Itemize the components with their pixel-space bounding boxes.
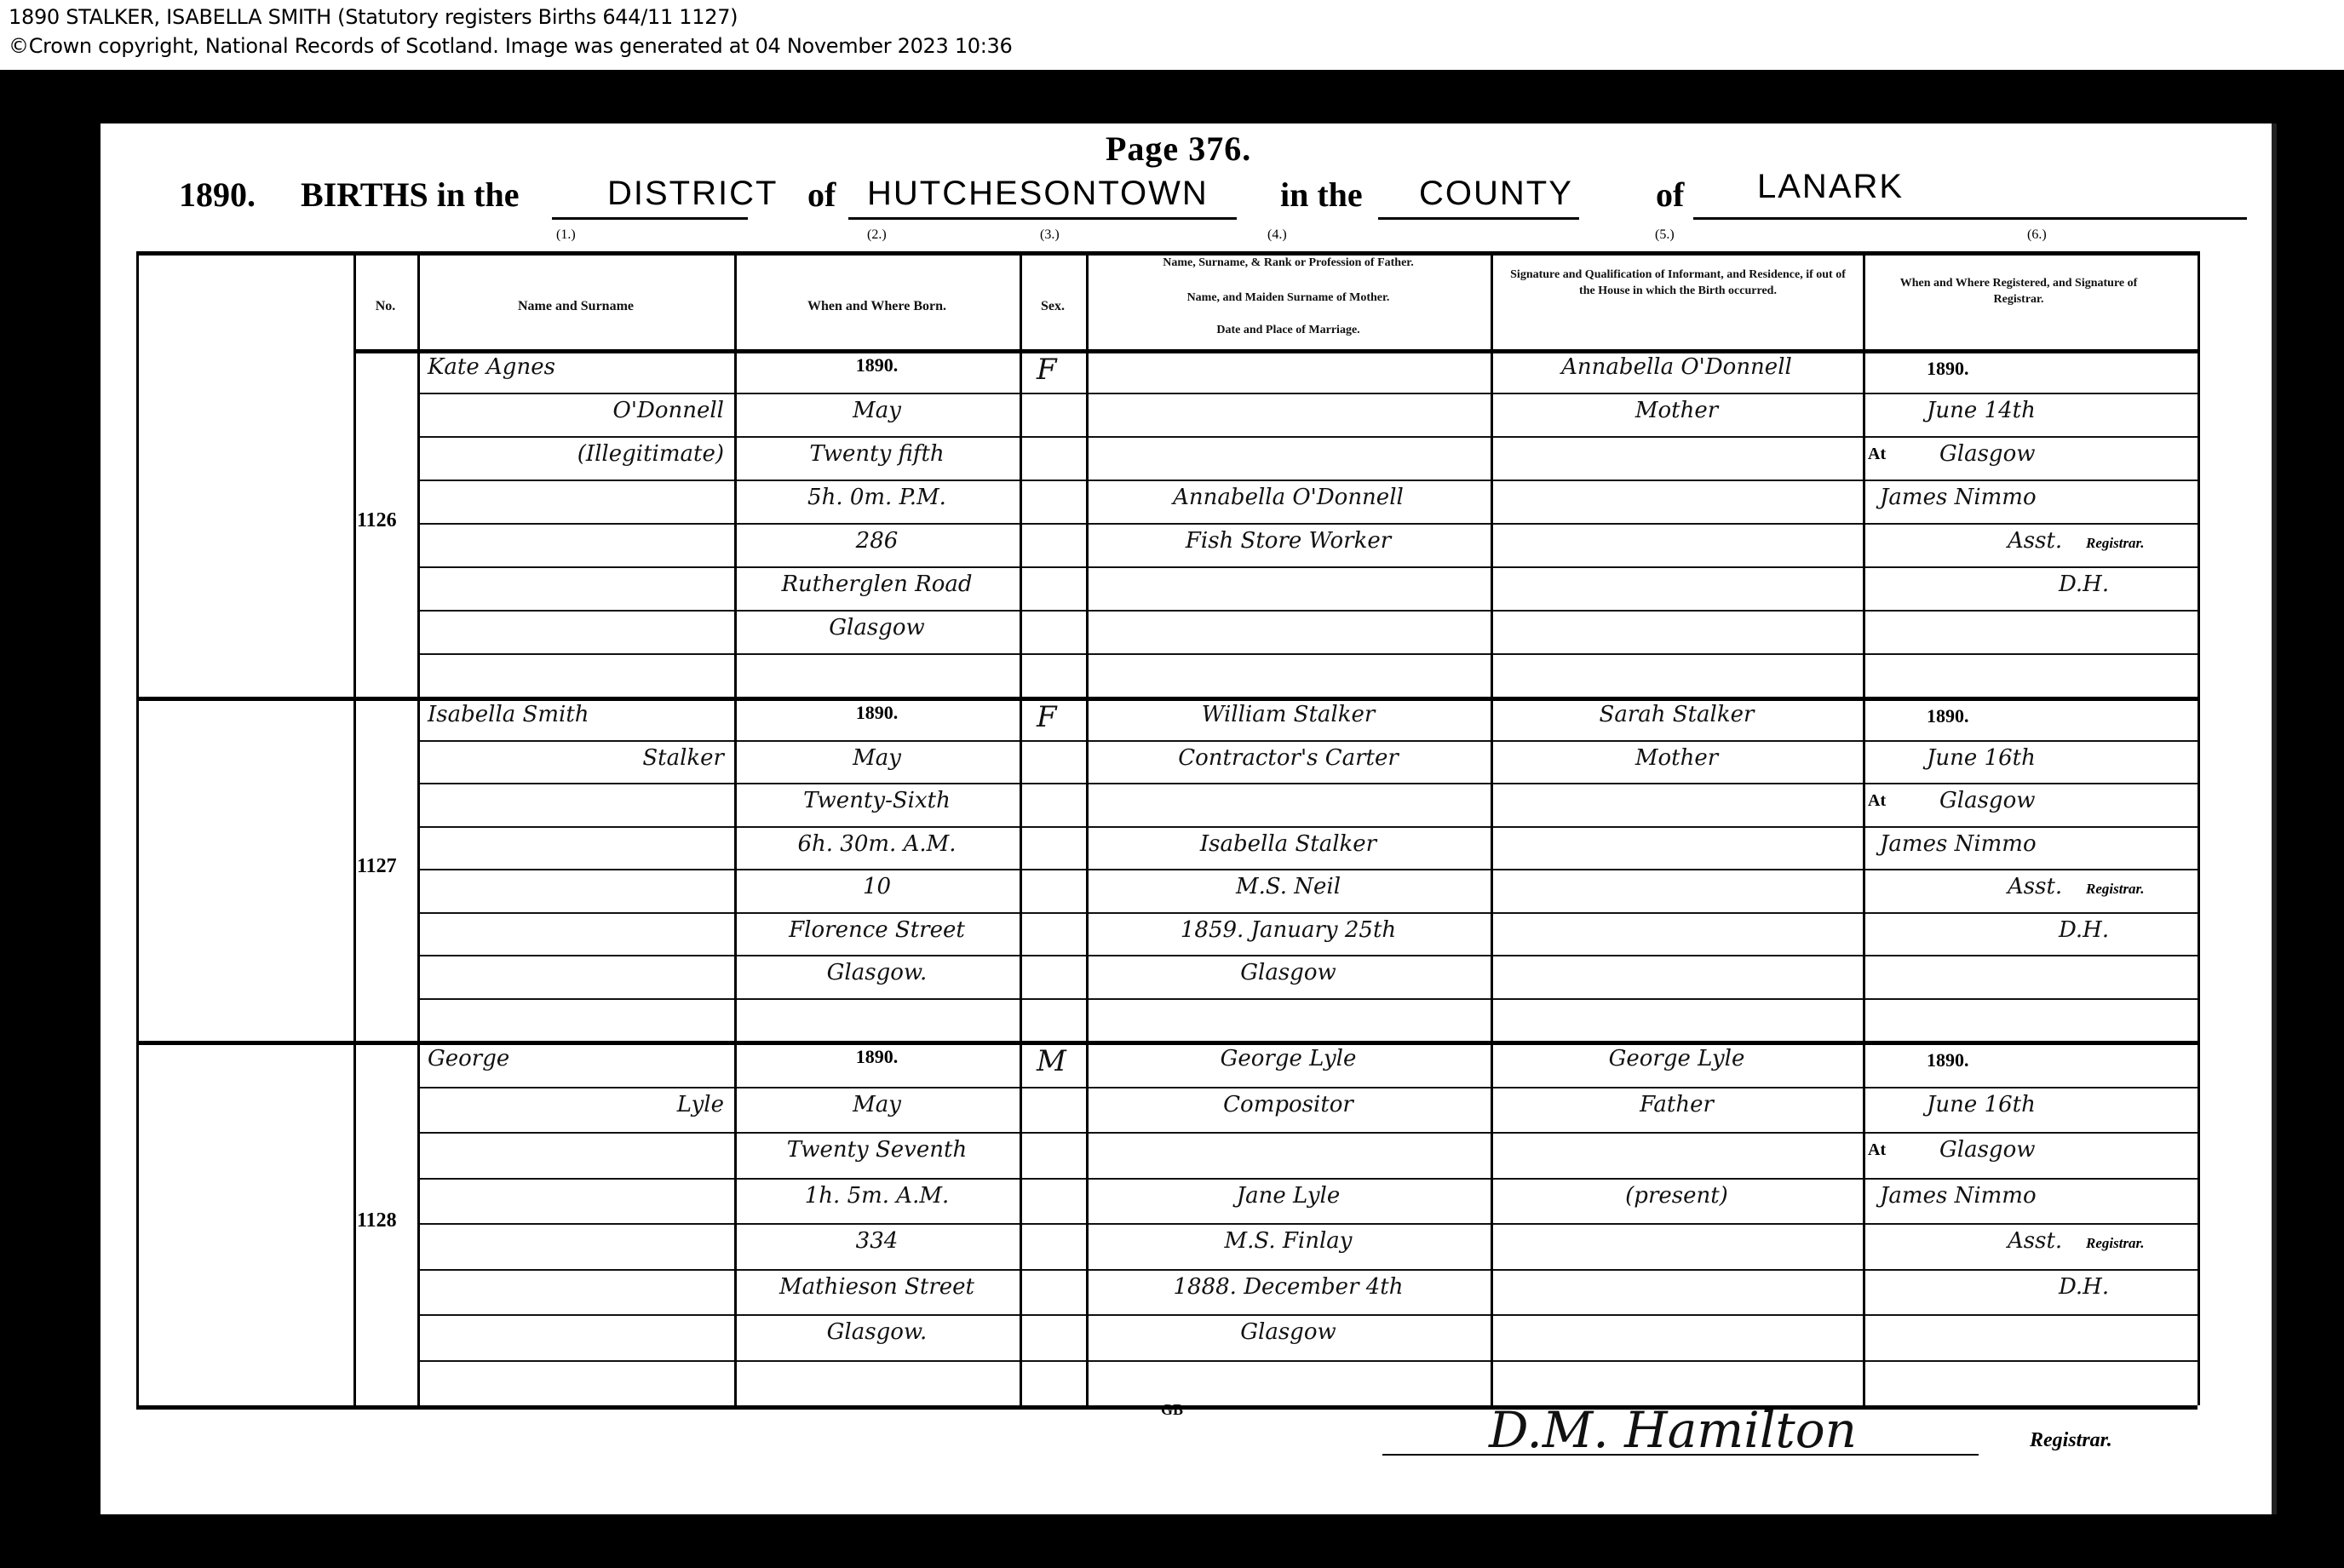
at-label: At [1868,1140,1886,1160]
column-number: (6.) [2027,227,2047,243]
registrar-initials: D.H. [2059,1274,2109,1300]
header-informant: Signature and Qualification of Informant… [1508,267,1848,299]
registrar-label: Registrar. [2086,535,2145,552]
child-name-line: Kate Agnes [428,354,724,380]
sex-value: M [1037,1044,1066,1078]
birth-detail-line: Glasgow [744,615,1009,640]
rule-line [417,480,2197,481]
parents-detail-line: Glasgow [1096,1319,1480,1345]
births-register-table: No. Name and Surname When and Where Born… [136,251,2197,1405]
parents-detail-line: Fish Store Worker [1096,528,1480,554]
child-name-line: O'Donnell [428,398,724,423]
rule-line [136,1041,2197,1045]
registrar-label: Registrar. [2086,1235,2145,1252]
birth-detail-line: Rutherglen Road [744,571,1009,597]
registration-date: June 14th [1927,398,2036,423]
rule-line [417,1223,2197,1225]
birth-detail-line: May [744,398,1009,423]
registrar-name: James Nimmo [1880,485,2037,510]
column-line [734,251,737,1405]
rule-line [417,1132,2197,1134]
rule-line [417,1269,2197,1271]
child-name-line: Isabella Smith [428,702,724,727]
header-registered: When and Where Registered, and Signature… [1874,275,2163,307]
informant-line: Annabella O'Donnell [1501,354,1853,380]
birth-detail-line: 5h. 0m. P.M. [744,485,1009,510]
parents-detail-line: Annabella O'Donnell [1096,485,1480,510]
registration-date: June 16th [1927,745,2036,771]
birth-detail-line: Twenty fifth [744,441,1009,467]
rule-line [417,393,2197,394]
rule-line [417,610,2197,612]
parents-detail-line: 1888. December 4th [1096,1274,1480,1300]
registrar-initials: D.H. [2059,917,2109,943]
header-marriage: Date and Place of Marriage. [1086,321,1491,340]
parents-detail-line: George Lyle [1096,1046,1480,1071]
parents-detail-line: William Stalker [1096,702,1480,727]
parents-detail-line: 1859. January 25th [1096,917,1480,943]
rule-line [417,740,2197,742]
column-line [417,251,420,1405]
birth-detail-line: 1890. [744,702,1009,724]
rule-line [417,436,2197,438]
column-number: (5.) [1655,227,1675,243]
copyright-notice: ©Crown copyright, National Records of Sc… [9,34,1013,58]
rule-line [417,653,2197,655]
rule-line [417,783,2197,784]
header-name: Name and Surname [417,281,734,332]
entry-number: 1127 [357,855,397,878]
header-born: When and Where Born. [734,281,1020,332]
page-number: Page 376. [1106,129,1251,169]
column-number: (2.) [867,227,887,243]
birth-detail-line: Glasgow. [744,1319,1009,1345]
registration-place: Glasgow [1939,441,2035,467]
in-the-label: in the [1280,175,1363,215]
registrar-title: Asst. [2008,1228,2062,1254]
rule-line [417,1087,2197,1088]
parents-detail-line: Jane Lyle [1096,1183,1480,1209]
column-number: (3.) [1040,227,1060,243]
registrar-initials: D.H. [2059,571,2109,597]
birth-detail-line: 1890. [744,354,1009,376]
child-name-line: Lyle [428,1092,724,1117]
birth-detail-line: Glasgow. [744,960,1009,985]
registration-year: 1890. [1927,358,1969,380]
rule-line [136,251,2197,256]
header-no: No. [353,281,417,332]
rule-line [417,1178,2197,1180]
registrar-label: Registrar. [2030,1429,2112,1452]
child-name-line: Stalker [428,745,724,771]
child-name-line: (Illegitimate) [428,441,724,467]
header-father: Name, Surname, & Rank or Profession of F… [1086,255,1491,272]
register-page: Page 376. 1890. BIRTHS in the DISTRICT o… [101,123,2277,1514]
rule-line [136,697,2197,701]
informant-line: (present) [1501,1183,1853,1209]
viewer-header: 1890 STALKER, ISABELLA SMITH (Statutory … [0,0,2344,70]
column-number: (4.) [1267,227,1287,243]
registrar-name: James Nimmo [1880,831,2037,857]
rule-line [417,1314,2197,1316]
record-title: 1890 STALKER, ISABELLA SMITH (Statutory … [9,5,738,29]
column-line [1020,251,1022,1405]
informant-line: Mother [1501,398,1853,423]
district-label: DISTRICT [607,175,778,213]
parents-detail-line: Compositor [1096,1092,1480,1117]
birth-detail-line: 10 [744,874,1009,899]
print-mark: GB [1161,1401,1183,1419]
rule-line [417,523,2197,525]
registrar-signature: D.M. Hamilton [1489,1401,1857,1459]
rule-line [417,826,2197,828]
rule-line [417,869,2197,870]
county-label: COUNTY [1419,175,1573,213]
at-label: At [1868,791,1886,811]
rule-line [417,566,2197,568]
birth-detail-line: 334 [744,1228,1009,1254]
registrar-title: Asst. [2008,528,2062,554]
column-line [136,251,139,1405]
informant-line: Mother [1501,745,1853,771]
registrar-title: Asst. [2008,874,2062,899]
informant-line: Sarah Stalker [1501,702,1853,727]
registrar-name: James Nimmo [1880,1183,2037,1209]
header-mother: Name, and Maiden Surname of Mother. [1086,289,1491,307]
of-label-1: of [807,175,836,215]
registration-place: Glasgow [1939,788,2035,813]
rule-line [417,912,2197,914]
column-line [2197,251,2200,1405]
registration-year: 1890. [1927,705,1969,727]
parents-detail-line: Contractor's Carter [1096,745,1480,771]
birth-detail-line: 6h. 30m. A.M. [744,831,1009,857]
birth-detail-line: Twenty Seventh [744,1137,1009,1163]
column-line [1086,251,1089,1405]
birth-detail-line: 286 [744,528,1009,554]
column-number: (1.) [556,227,576,243]
birth-detail-line: Florence Street [744,917,1009,943]
informant-line: George Lyle [1501,1046,1853,1071]
birth-detail-line: May [744,745,1009,771]
county-name: LANARK [1757,168,1904,206]
registration-date: June 16th [1927,1092,2036,1117]
birth-detail-line: 1890. [744,1046,1009,1068]
registration-year: 1890. [1927,1049,1969,1071]
birth-detail-line: 1h. 5m. A.M. [744,1183,1009,1209]
child-name-line: George [428,1046,724,1071]
parents-detail-line: M.S. Neil [1096,874,1480,899]
parents-detail-line: M.S. Finlay [1096,1228,1480,1254]
rule-line [417,998,2197,1000]
entry-number: 1126 [357,509,397,532]
of-label-2: of [1656,175,1684,215]
registrar-label: Registrar. [2086,881,2145,898]
births-in-the-label: BIRTHS in the [301,175,519,215]
column-line [1863,251,1865,1405]
at-label: At [1868,445,1886,464]
parents-detail-line: Glasgow [1096,960,1480,985]
district-name: HUTCHESONTOWN [867,175,1209,213]
rule-line [417,1360,2197,1362]
rule-line [417,955,2197,956]
header-sex: Sex. [1020,281,1086,332]
sex-value: F [1037,700,1057,734]
column-line [1491,251,1493,1405]
birth-detail-line: Mathieson Street [744,1274,1009,1300]
parents-detail-line: Isabella Stalker [1096,831,1480,857]
rule-line [353,349,2197,353]
registration-place: Glasgow [1939,1137,2035,1163]
register-year: 1890. [179,175,256,215]
birth-detail-line: May [744,1092,1009,1117]
entry-number: 1128 [357,1209,397,1232]
birth-detail-line: Twenty-Sixth [744,788,1009,813]
sex-value: F [1037,353,1057,387]
informant-line: Father [1501,1092,1853,1117]
column-line [353,251,356,1405]
